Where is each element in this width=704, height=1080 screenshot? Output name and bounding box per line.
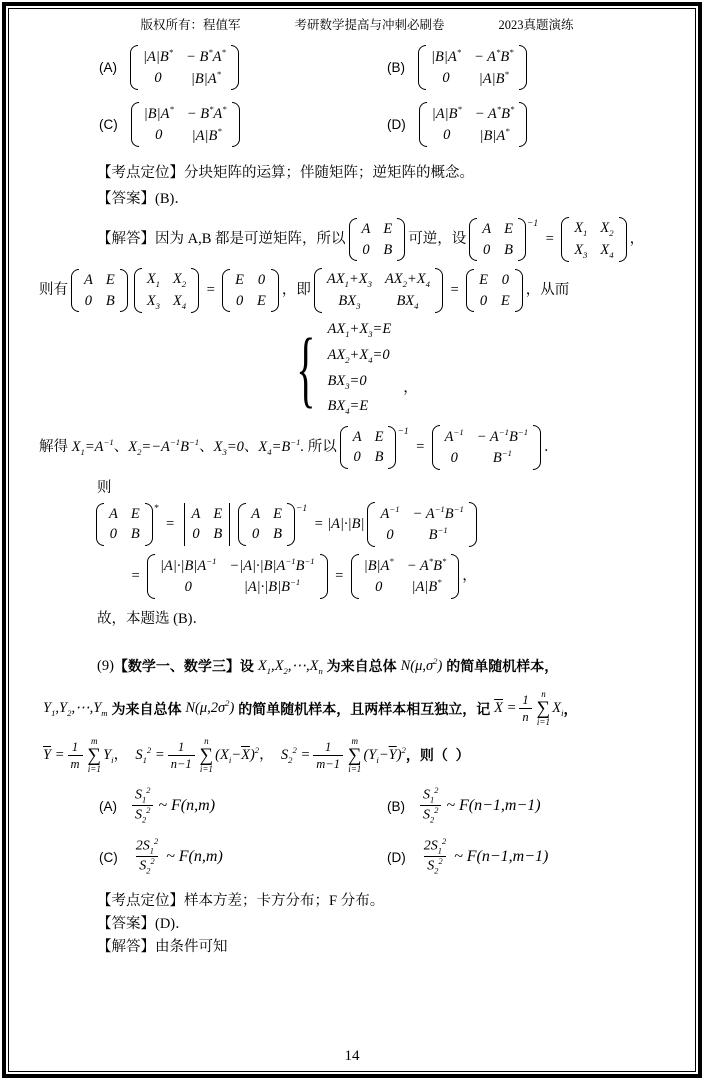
stem-text: 为来自总体 [323,656,401,676]
x-deviation-term: (Xi−X)2 [215,745,259,766]
question-number: (9) [97,656,114,677]
right-paren [519,45,527,90]
distribution-expr: ~ F(n,m) [158,797,215,815]
right-paren [271,269,279,312]
system-equations: AX1+X3=E AX2+X4=0 BX3=0 BX4=E [327,321,391,415]
q8-option-a: (A) |A|B*− B*A*0|B|A* [99,45,387,90]
system-eq-2: AX2+X4=0 [327,347,391,365]
fraction-1-over-n: 1n [519,693,531,725]
solution-text: 则有 [39,280,68,301]
equals-sign: = [331,566,348,587]
summation: m∑i=1 [88,737,102,775]
y-sample: Y1,Y2,⋯,Ym [43,698,108,719]
ybar-equals: Y = [43,745,65,766]
equals-sign: = [412,437,429,458]
right-paren [619,217,627,262]
right-paren [469,502,477,547]
right-paren [518,218,526,261]
x-sample: X1,X2,⋯,Xn [258,656,323,677]
q8-option-b: (B) |B|A*− A*B*0|A|B* [387,45,675,90]
q9-answer-line: 【答案】(D)． [39,914,675,935]
page-number: 14 [9,1048,695,1065]
equals-sign: = [161,514,178,535]
matrix-AE-inverse: AE0B−1 [238,503,307,546]
option-label: (D) [387,850,406,865]
sigma-symbol: ∑ [200,747,214,765]
q9-stem-line-3: Y = 1m m∑i=1 Yi ， S12 = 1n−1 n∑i=1 (Xi−X… [39,737,675,775]
option-label: (C) [99,850,118,865]
left-paren [469,218,477,261]
comma: ， [630,229,645,250]
y-distribution: N(μ,2σ2) [185,698,234,719]
left-paren [419,102,427,147]
option-label: (A) [99,60,117,75]
left-paren [314,268,322,313]
x1-value: X1=A−1 [72,437,114,458]
solution-text: 【解答】因为 A,B 都是可逆矩阵，所以 [97,229,346,250]
q8-options-row-1: (A) |A|B*− B*A*0|B|A* (B) |B|A*− A*B*0|A… [39,45,675,90]
left-paren [131,102,139,147]
matrix-option-b: |B|A*− A*B*0|A|B* [418,45,527,90]
separator: 、 [114,437,129,458]
matrix-option-a: |A|B*− B*A*0|B|A* [130,45,239,90]
left-paren [222,269,230,312]
solution-text: ，即 [282,280,311,301]
comma: ， [403,376,418,397]
determinant-AE: AE0B [182,503,233,546]
right-paren [231,45,239,90]
left-paren [367,502,375,547]
left-paren [351,554,359,599]
q8-option-c: (C) |B|A*− B*A*0|A|B* [99,102,387,147]
left-brace: { [296,326,315,412]
right-paren [515,269,523,312]
q8-solution-line-3: 解得 X1=A−1 、 X2=−A−1B−1 、 X3=0 、 X4=B−1. … [39,425,675,470]
x2-value: X2=−A−1B−1 [128,437,199,458]
solution-text: ，从而 [526,280,570,301]
comma: ， [259,745,281,766]
matrix-AE: AE0B [349,218,406,261]
right-paren [145,503,153,546]
right-paren [533,425,541,470]
q9-keypoint-line: 【考点定位】样本方差；卡方分布；F 分布。 [39,891,675,912]
right-paren [287,503,295,546]
matrix-AE: AE0B [71,269,128,312]
q9-options-row-2: (C) 2S12S22 ~ F(n,m) (D) 2S12S22 ~ F(n−1… [39,838,675,876]
matrix-option-c: |B|A*− B*A*0|A|B* [131,102,240,147]
q8-answer-line: 【答案】(B)． [39,189,675,210]
stem-text: 设 [240,656,258,676]
inverse-exponent: −1 [296,503,307,516]
matrix-AE-inverse: AE0B−1 [469,218,538,261]
variance-ratio: 2S12S22 [133,838,161,876]
summation: n∑i=1 [200,737,214,775]
comma: ， [564,699,578,719]
fraction-1-over-n-1: 1n−1 [168,740,195,772]
xi-term: Xi [552,698,563,719]
system-eq-1: AX1+X3=E [327,321,391,339]
inverse-exponent: −1 [397,426,408,439]
page-outer-border: 版权所有：程值军 考研数学提高与冲刺必刷卷 2023真题演练 (A) |A|B*… [2,2,702,1078]
solution-text: 解得 [39,437,72,458]
inverse-exponent: −1 [527,218,538,231]
x-distribution: N(μ,σ2) [401,656,443,677]
option-label: (B) [387,799,405,814]
q8-equation-system: { AX1+X3=E AX2+X4=0 BX3=0 BX4=E ， [39,321,675,415]
xbar-equals: X = [494,698,516,719]
sigma-symbol: ∑ [348,747,362,765]
comma: ， [462,566,477,587]
matrix-option-d: |A|B*− A*B*0|B|A* [419,102,528,147]
solution-text: 所以 [304,437,337,458]
distribution-expr: ~ F(n,m) [166,848,223,866]
equals-sign: = [541,229,558,250]
left-paren [96,503,104,546]
left-paren [418,45,426,90]
period: ． [544,437,559,458]
matrix-X: X1X2X3X4 [134,268,199,313]
comma: ， [114,745,136,766]
yi-term: Yi [103,745,114,766]
q8-display-equation-1: AE0B* = AE0B AE0B−1 = |A|·|B| A−1− A−1B−… [39,502,675,547]
right-paren [191,268,199,313]
left-paren [340,426,348,469]
sigma-symbol: ∑ [537,700,551,718]
option-label: (C) [99,117,118,132]
det-product: |A|·|B| [327,514,364,535]
left-paren [432,425,440,470]
right-paren [435,268,443,313]
page-header: 版权所有：程值军 考研数学提高与冲刺必刷卷 2023真题演练 [39,15,675,33]
q8-solution-line-1: 【解答】因为 A,B 都是可逆矩阵，所以 AE0B 可逆，设 AE0B−1 = … [39,217,675,262]
fraction-1-over-m: 1m [68,740,83,772]
matrix-identity: E00E [466,269,523,312]
q8-options-row-2: (C) |B|A*− B*A*0|A|B* (D) |A|B*− A*B*0|B… [39,102,675,147]
q9-option-d: (D) 2S12S22 ~ F(n−1,m−1) [387,838,675,876]
stem-text: 的简单随机样本， [442,656,558,676]
right-paren [397,218,405,261]
matrix-identity: E00E [222,269,279,312]
system-eq-4: BX4=E [327,398,391,416]
matrix-expanded: |A|·|B|A−1−|A|·|B|A−1B−10|A|·|B|B−1 [147,554,328,599]
q8-keypoint-line: 【考点定位】分块矩阵的运算；伴随矩阵；逆矩阵的概念。 [39,163,675,184]
option-label: (A) [99,799,117,814]
equals-sign: = [202,280,219,301]
variance-ratio: 2S12S22 [421,838,449,876]
left-paren [71,269,79,312]
matrix-inverse-result: A−1− A−1B−10B−1 [367,502,476,547]
q9-stem-line-1: (9) 【数学一、数学三】 设 X1,X2,⋯,Xn 为来自总体 N(μ,σ2)… [39,656,675,677]
solution-text: 可逆，设 [408,229,466,250]
q8-option-d: (D) |A|B*− A*B*0|B|A* [387,102,675,147]
summation: m∑i=1 [348,737,362,775]
question-tag: 【数学一、数学三】 [114,656,240,676]
variance-ratio: S12S22 [420,787,441,825]
right-det-bar [229,503,230,546]
right-paren [232,102,240,147]
fraction-1-over-m-1: 1m−1 [313,740,343,772]
q9-options-row-1: (A) S12S22 ~ F(n,m) (B) S12S22 ~ F(n−1,m… [39,787,675,825]
x3-value: X3=0 [214,437,244,458]
left-det-bar [184,503,185,546]
q8-then-word: 则 [39,478,675,499]
matrix-AE-inverse: AE0B−1 [340,426,409,469]
equals-sign: = [310,514,327,535]
right-paren [388,426,396,469]
q8-conclusion: 故，本题选 (B)． [39,609,675,630]
matrix-inverse-result: A−1− A−1B−10B−1 [432,425,541,470]
q9-stem-line-2: Y1,Y2,⋯,Ym 为来自总体 N(μ,2σ2) 的简单随机样本，且两样本相互… [39,690,675,728]
matrix-AX: AX1+X3AX2+X4BX3BX4 [314,268,443,313]
header-edition: 2023真题演练 [499,15,574,33]
separator: 、 [244,437,259,458]
q8-display-equation-2: = |A|·|B|A−1−|A|·|B|A−1B−10|A|·|B|B−1 = … [39,554,675,599]
q9-solution-intro: 【解答】由条件可知 [39,937,675,958]
matrix-final-result: |B|A*− A*B*0|A|B* [351,554,460,599]
distribution-expr: ~ F(n−1,m−1) [454,848,548,866]
separator: 、 [199,437,214,458]
variance-ratio: S12S22 [132,787,153,825]
q9-option-c: (C) 2S12S22 ~ F(n,m) [99,838,387,876]
equals-sign: = [446,280,463,301]
stem-text: 为来自总体 [108,699,186,719]
left-paren [561,217,569,262]
distribution-expr: ~ F(n−1,m−1) [446,797,540,815]
option-label: (B) [387,60,405,75]
left-paren [134,268,142,313]
right-paren [451,554,459,599]
stem-text: 的简单随机样本，且两样本相互独立，记 [234,699,494,719]
equals-sign: = [127,566,144,587]
x4-value: X4=B−1. [258,437,304,458]
sigma-symbol: ∑ [88,747,102,765]
left-paren [466,269,474,312]
y-deviation-term: (Yi−Y)2 [364,745,406,766]
system-eq-3: BX3=0 [327,373,391,391]
right-paren [519,102,527,147]
right-paren [320,554,328,599]
right-paren [120,269,128,312]
left-paren [130,45,138,90]
q9-option-a: (A) S12S22 ~ F(n,m) [99,787,387,825]
stem-then: ，则（ ） [406,745,470,765]
header-book-title: 考研数学提高与冲刺必刷卷 [294,15,444,33]
q8-solution-line-2: 则有 AE0B X1X2X3X4 = E00E ，即 AX1+X3AX2+X4B… [39,268,675,313]
matrix-X: X1X2X3X4 [561,217,626,262]
q9-option-b: (B) S12S22 ~ F(n−1,m−1) [387,787,675,825]
header-copyright: 版权所有：程值军 [140,15,240,33]
adjugate-exponent: * [154,503,159,516]
left-paren [349,218,357,261]
s1-squared-equals: S12 = [135,745,164,766]
option-label: (D) [387,117,406,132]
document-page: 版权所有：程值军 考研数学提高与冲刺必刷卷 2023真题演练 (A) |A|B*… [8,8,696,1072]
summation: n∑i=1 [537,690,551,728]
left-paren [238,503,246,546]
left-paren [147,554,155,599]
s2-squared-equals: S22 = [281,745,310,766]
matrix-AE-adjugate: AE0B* [96,503,158,546]
